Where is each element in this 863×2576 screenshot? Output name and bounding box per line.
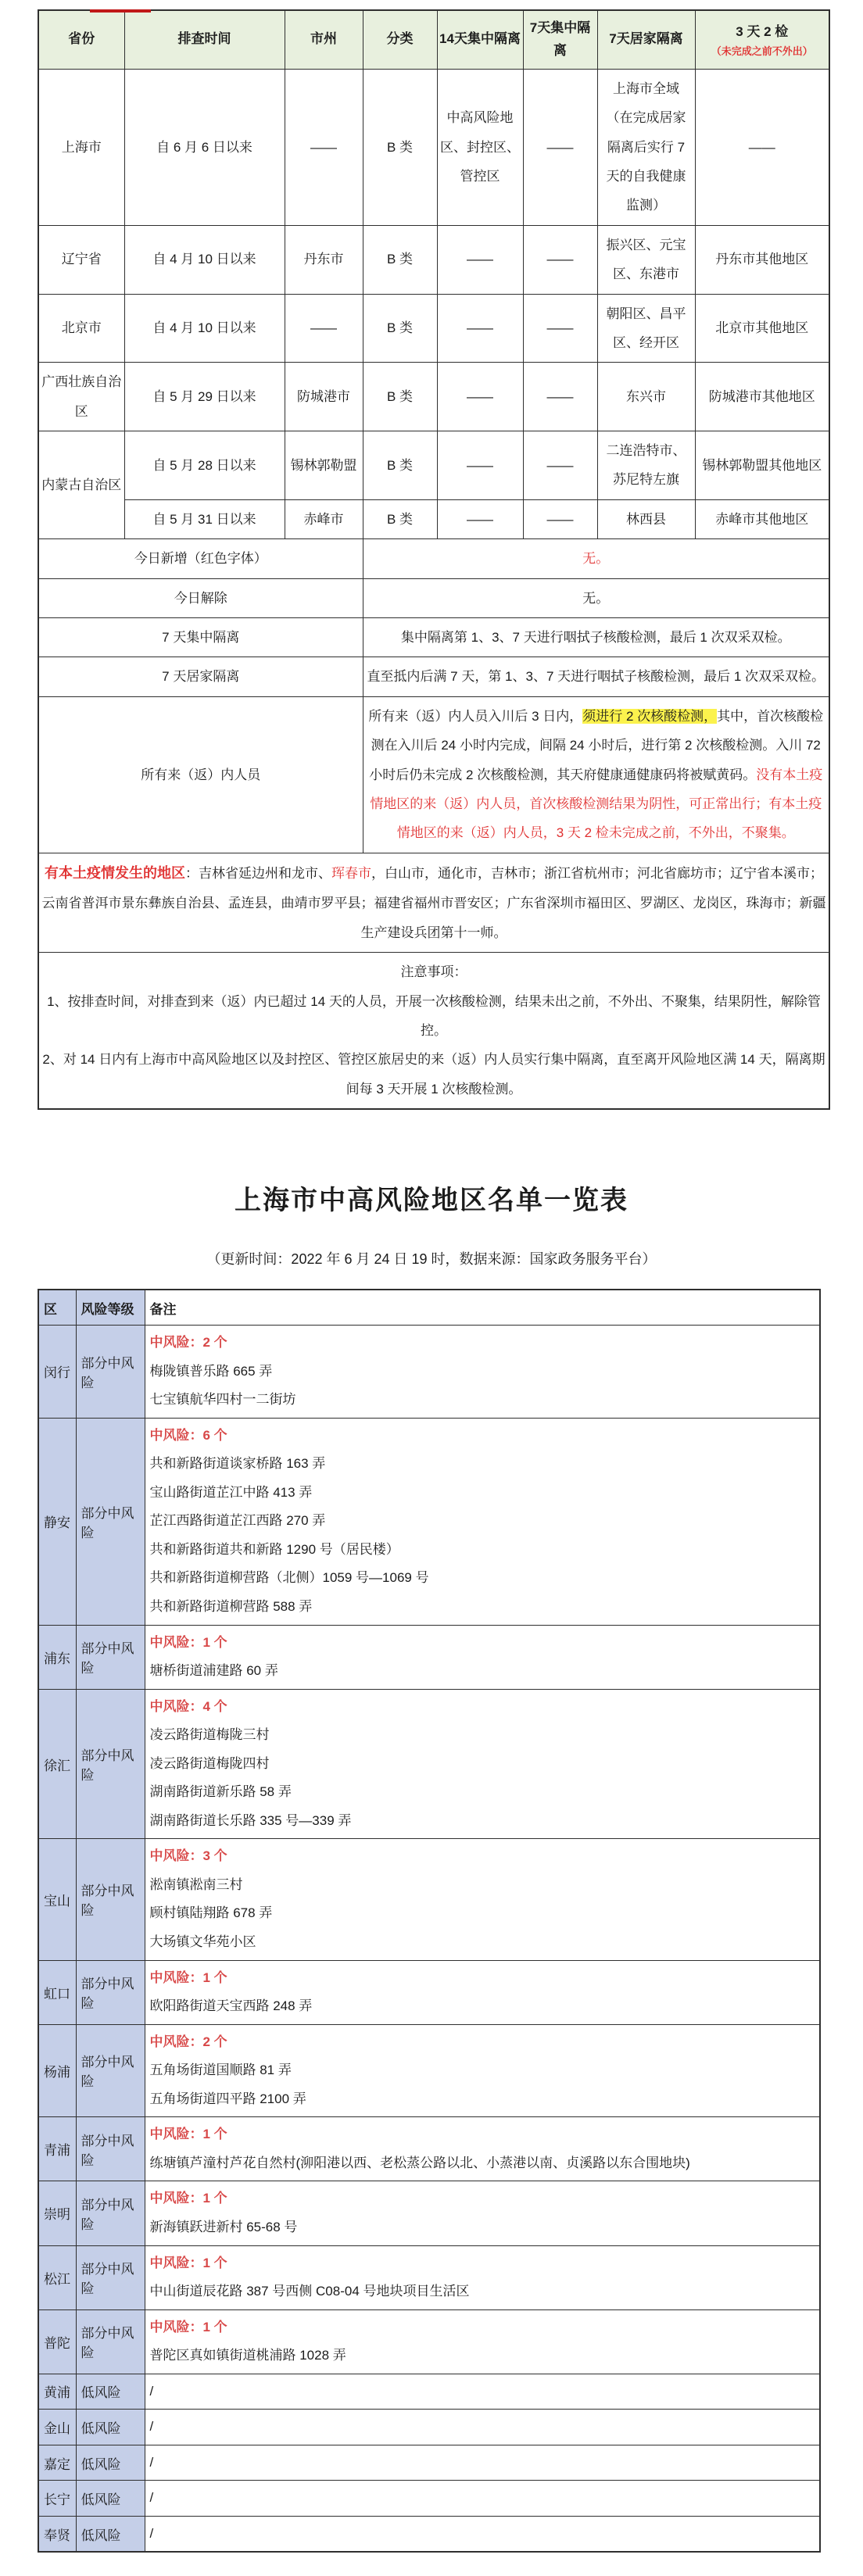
- cell-remark: /: [145, 2374, 820, 2410]
- risk-address: 中山街道辰花路 387 号西侧 C08-04 号地块项目生活区: [150, 2277, 815, 2306]
- cell-remark: /: [145, 2481, 820, 2517]
- outbreak-part1: 吉林省延边州和龙市、: [199, 866, 331, 881]
- risk-count: 中风险：1 个: [150, 2184, 815, 2213]
- cell-7d-home: 二连浩特市、苏尼特左旗: [597, 431, 695, 500]
- cell-7d-central: ——: [523, 499, 597, 538]
- info-label: 7 天集中隔离: [38, 618, 363, 657]
- risk-row-songjiang: 松江 部分中风险 中风险：1 个 中山街道辰花路 387 号西侧 C08-04 …: [38, 2245, 820, 2309]
- risk-address: 练塘镇芦潼村芦花自然村(泖阳港以西、老松蒸公路以北、小蒸港以南、贞溪路以东合围地…: [150, 2149, 815, 2178]
- col-header-7d-home: 7天居家隔离: [597, 10, 695, 69]
- outbreak-areas-row: 有本土疫情发生的地区：吉林省延边州和龙市、珲春市，白山市，通化市，吉林市；浙江省…: [38, 853, 829, 952]
- outbreak-label: 有本土疫情发生的地区: [45, 865, 185, 881]
- risk-address: 淞南镇淞南三村: [150, 1871, 815, 1900]
- cell-7d-central: ——: [523, 69, 597, 225]
- cell-category: B 类: [363, 499, 437, 538]
- risk-count: 中风险：1 个: [150, 1629, 815, 1658]
- cell-3d2t: 北京市其他地区: [695, 294, 829, 363]
- col-header-remark: 备注: [145, 1290, 820, 1326]
- cell-district: 普陀: [38, 2309, 76, 2374]
- policy-row-guangxi: 广西壮族自治区 自 5 月 29 日以来 防城港市 B 类 —— —— 东兴市 …: [38, 363, 829, 431]
- cell-7d-central: ——: [523, 294, 597, 363]
- cell-district: 黄浦: [38, 2374, 76, 2410]
- col-header-3d2t-title: 3 天 2 检: [697, 21, 828, 44]
- all-arrivals-text: 所有来（返）内人员入川后 3 日内，须进行 2 次核酸检测，其中，首次核酸检测在…: [363, 696, 829, 853]
- cell-risk-level: 低风险: [76, 2516, 145, 2552]
- col-header-3d2t-note: （未完成之前不外出）: [697, 44, 828, 59]
- info-value: 集中隔离第 1、3、7 天进行咽拭子核酸检测，最后 1 次双采双检。: [363, 618, 829, 657]
- info-row-released-today: 今日解除 无。: [38, 578, 829, 617]
- cell-remark: /: [145, 2516, 820, 2552]
- cell-14d-central: ——: [437, 499, 523, 538]
- risk-address: 宝山路街道芷江中路 413 弄: [150, 1479, 815, 1508]
- cell-province: 广西壮族自治区: [38, 363, 124, 431]
- cell-risk-level: 部分中风险: [76, 1418, 145, 1625]
- outbreak-areas-cell: 有本土疫情发生的地区：吉林省延边州和龙市、珲春市，白山市，通化市，吉林市；浙江省…: [38, 853, 829, 952]
- risk-address: 梅陇镇普乐路 665 弄: [150, 1358, 815, 1386]
- notes-title: 注意事项：: [41, 957, 826, 986]
- cell-remark: 中风险：6 个 共和新路街道谈家桥路 163 弄 宝山路街道芷江中路 413 弄…: [145, 1418, 820, 1625]
- cell-category: B 类: [363, 431, 437, 500]
- risk-row-minhang: 闵行 部分中风险 中风险：2 个 梅陇镇普乐路 665 弄 七宝镇航华四村一二街…: [38, 1326, 820, 1419]
- all-arrivals-row: 所有来（返）内人员 所有来（返）内人员入川后 3 日内，须进行 2 次核酸检测，…: [38, 696, 829, 853]
- cell-city: ——: [285, 69, 363, 225]
- cell-risk-level: 部分中风险: [76, 1326, 145, 1419]
- cell-city: 赤峰市: [285, 499, 363, 538]
- cell-district: 奉贤: [38, 2516, 76, 2552]
- cell-remark: 中风险：4 个 凌云路街道梅陇三村 凌云路街道梅陇四村 湖南路街道新乐路 58 …: [145, 1689, 820, 1839]
- col-header-category: 分类: [363, 10, 437, 69]
- policy-row-shanghai: 上海市 自 6 月 6 日以来 —— B 类 中高风险地区、封控区、管控区 ——…: [38, 69, 829, 225]
- new-today-value: 无。: [582, 551, 609, 566]
- risk-count: 中风险：1 个: [150, 1964, 815, 1993]
- cell-remark: 中风险：3 个 淞南镇淞南三村 顾村镇陆翔路 678 弄 大场镇文华苑小区: [145, 1839, 820, 1960]
- policy-row-liaoning: 辽宁省 自 4 月 10 日以来 丹东市 B 类 —— —— 振兴区、元宝区、东…: [38, 225, 829, 294]
- cell-category: B 类: [363, 294, 437, 363]
- risk-row-xuhui: 徐汇 部分中风险 中风险：4 个 凌云路街道梅陇三村 凌云路街道梅陇四村 湖南路…: [38, 1689, 820, 1839]
- info-value: 无。: [363, 539, 829, 578]
- cell-district: 松江: [38, 2245, 76, 2309]
- risk-address: 塘桥街道浦建路 60 弄: [150, 1657, 815, 1686]
- risk-address: 七宝镇航华四村一二街坊: [150, 1386, 815, 1415]
- cell-7d-home: 东兴市: [597, 363, 695, 431]
- cell-check-time: 自 5 月 28 日以来: [124, 431, 285, 500]
- col-header-city: 市州: [285, 10, 363, 69]
- cell-check-time: 自 4 月 10 日以来: [124, 294, 285, 363]
- cell-district: 崇明: [38, 2181, 76, 2245]
- risk-count: 中风险：2 个: [150, 1329, 815, 1358]
- policy-header-row: 省份 排查时间 市州 分类 14天集中隔离 7天集中隔离 7天居家隔离 3 天 …: [38, 10, 829, 69]
- col-header-district: 区: [38, 1290, 76, 1326]
- cell-province: 辽宁省: [38, 225, 124, 294]
- cell-7d-central: ——: [523, 431, 597, 500]
- risk-row-baoshan: 宝山 部分中风险 中风险：3 个 淞南镇淞南三村 顾村镇陆翔路 678 弄 大场…: [38, 1839, 820, 1960]
- risk-count: 中风险：2 个: [150, 2028, 815, 2057]
- cell-remark: 中风险：2 个 五角场街道国顺路 81 弄 五角场街道四平路 2100 弄: [145, 2024, 820, 2117]
- info-value: 直至抵内后满 7 天，第 1、3、7 天进行咽拭子核酸检测，最后 1 次双采双检…: [363, 657, 829, 696]
- cell-district: 长宁: [38, 2481, 76, 2517]
- cell-remark: 中风险：1 个 新海镇跃进新村 65-68 号: [145, 2181, 820, 2245]
- cell-province: 内蒙古自治区: [38, 431, 124, 539]
- info-row-7d-home: 7 天居家隔离 直至抵内后满 7 天，第 1、3、7 天进行咽拭子核酸检测，最后…: [38, 657, 829, 696]
- cell-district: 金山: [38, 2410, 76, 2445]
- notes-item-1: 1、按排查时间，对排查到来（返）内已超过 14 天的人员，开展一次核酸检测，结果…: [41, 987, 826, 1046]
- cell-risk-level: 部分中风险: [76, 2181, 145, 2245]
- cell-14d-central: ——: [437, 294, 523, 363]
- cell-7d-home: 振兴区、元宝区、东港市: [597, 225, 695, 294]
- cell-risk-level: 部分中风险: [76, 2245, 145, 2309]
- cell-remark: 中风险：2 个 梅陇镇普乐路 665 弄 七宝镇航华四村一二街坊: [145, 1326, 820, 1419]
- info-label: 7 天居家隔离: [38, 657, 363, 696]
- cell-7d-home: 上海市全域（在完成居家隔离后实行 7 天的自我健康监测）: [597, 69, 695, 225]
- cell-district: 嘉定: [38, 2445, 76, 2481]
- risk-row-chongming: 崇明 部分中风险 中风险：1 个 新海镇跃进新村 65-68 号: [38, 2181, 820, 2245]
- col-header-risk-level: 风险等级: [76, 1290, 145, 1326]
- risk-address: 新海镇跃进新村 65-68 号: [150, 2213, 815, 2242]
- cell-risk-level: 部分中风险: [76, 1839, 145, 1960]
- cell-check-time: 自 5 月 29 日以来: [124, 363, 285, 431]
- cell-14d-central: 中高风险地区、封控区、管控区: [437, 69, 523, 225]
- cell-district: 徐汇: [38, 1689, 76, 1839]
- cell-category: B 类: [363, 225, 437, 294]
- info-value: 无。: [363, 578, 829, 617]
- cell-3d2t: ——: [695, 69, 829, 225]
- cell-3d2t: 防城港市其他地区: [695, 363, 829, 431]
- cell-remark: 中风险：1 个 练塘镇芦潼村芦花自然村(泖阳港以西、老松蒸公路以北、小蒸港以南、…: [145, 2117, 820, 2181]
- col-header-14d-central: 14天集中隔离: [437, 10, 523, 69]
- arrivals-highlight: 须进行 2 次核酸检测，: [582, 709, 717, 724]
- cropped-red-text-artifact: [90, 9, 151, 13]
- risk-address: 普陀区真如镇街道桃浦路 1028 弄: [150, 2342, 815, 2370]
- cell-remark: 中风险：1 个 塘桥街道浦建路 60 弄: [145, 1625, 820, 1689]
- cell-check-time: 自 4 月 10 日以来: [124, 225, 285, 294]
- cell-check-time: 自 6 月 6 日以来: [124, 69, 285, 225]
- risk-address: 凌云路街道梅陇三村: [150, 1721, 815, 1750]
- info-label: 今日解除: [38, 578, 363, 617]
- cell-category: B 类: [363, 69, 437, 225]
- cell-risk-level: 低风险: [76, 2481, 145, 2517]
- policy-row-neimenggu-xilinguole: 内蒙古自治区 自 5 月 28 日以来 锡林郭勒盟 B 类 —— —— 二连浩特…: [38, 431, 829, 500]
- risk-address: 芷江西路街道芷江西路 270 弄: [150, 1507, 815, 1536]
- cell-risk-level: 部分中风险: [76, 2024, 145, 2117]
- risk-address: 共和新路街道共和新路 1290 号（居民楼）: [150, 1536, 815, 1565]
- cell-check-time: 自 5 月 31 日以来: [124, 499, 285, 538]
- risk-header-row: 区 风险等级 备注: [38, 1290, 820, 1326]
- cell-province: 上海市: [38, 69, 124, 225]
- cell-risk-level: 低风险: [76, 2410, 145, 2445]
- risk-address: 五角场街道国顺路 81 弄: [150, 2056, 815, 2085]
- cell-7d-home: 朝阳区、昌平区、经开区: [597, 294, 695, 363]
- cell-3d2t: 丹东市其他地区: [695, 225, 829, 294]
- risk-address: 湖南路街道长乐路 335 号—339 弄: [150, 1807, 815, 1836]
- cell-risk-level: 部分中风险: [76, 1625, 145, 1689]
- cell-district: 杨浦: [38, 2024, 76, 2117]
- risk-table: 区 风险等级 备注 闵行 部分中风险 中风险：2 个 梅陇镇普乐路 665 弄 …: [38, 1289, 821, 2553]
- cell-risk-level: 部分中风险: [76, 2309, 145, 2374]
- cell-7d-home: 林西县: [597, 499, 695, 538]
- risk-list-title: 上海市中高风险地区名单一览表: [0, 1179, 863, 1217]
- risk-count: 中风险：4 个: [150, 1693, 815, 1722]
- notes-item-2: 2、对 14 日内有上海市中高风险地区以及封控区、管控区旅居史的来（返）内人员实…: [41, 1045, 826, 1104]
- cell-14d-central: ——: [437, 431, 523, 500]
- risk-address: 湖南路街道新乐路 58 弄: [150, 1778, 815, 1807]
- risk-address: 凌云路街道梅陇四村: [150, 1750, 815, 1779]
- risk-list-subtitle: （更新时间：2022 年 6 月 24 日 19 时，数据来源：国家政务服务平台…: [0, 1248, 863, 1268]
- risk-address: 五角场街道四平路 2100 弄: [150, 2085, 815, 2114]
- risk-row-jinshan: 金山 低风险 /: [38, 2410, 820, 2445]
- risk-count: 中风险：3 个: [150, 1842, 815, 1871]
- risk-address: 共和新路街道柳营路（北侧）1059 号—1069 号: [150, 1564, 815, 1593]
- info-row-new-today: 今日新增（红色字体） 无。: [38, 539, 829, 578]
- cell-risk-level: 部分中风险: [76, 1960, 145, 2024]
- cell-remark: /: [145, 2445, 820, 2481]
- risk-row-yangpu: 杨浦 部分中风险 中风险：2 个 五角场街道国顺路 81 弄 五角场街道四平路 …: [38, 2024, 820, 2117]
- cell-7d-central: ——: [523, 225, 597, 294]
- cell-district: 宝山: [38, 1839, 76, 1960]
- cell-city: 丹东市: [285, 225, 363, 294]
- cell-district: 青浦: [38, 2117, 76, 2181]
- cell-3d2t: 赤峰市其他地区: [695, 499, 829, 538]
- notes-row: 注意事项： 1、按排查时间，对排查到来（返）内已超过 14 天的人员，开展一次核…: [38, 953, 829, 1109]
- risk-count: 中风险：1 个: [150, 2120, 815, 2149]
- risk-address: 大场镇文华苑小区: [150, 1928, 815, 1957]
- cell-7d-central: ——: [523, 363, 597, 431]
- policy-row-beijing: 北京市 自 4 月 10 日以来 —— B 类 —— —— 朝阳区、昌平区、经开…: [38, 294, 829, 363]
- cell-district: 闵行: [38, 1326, 76, 1419]
- arrivals-part1: 所有来（返）内人员入川后 3 日内，: [368, 709, 582, 724]
- info-row-7d-central: 7 天集中隔离 集中隔离第 1、3、7 天进行咽拭子核酸检测，最后 1 次双采双…: [38, 618, 829, 657]
- cell-city: 锡林郭勒盟: [285, 431, 363, 500]
- risk-row-qingpu: 青浦 部分中风险 中风险：1 个 练塘镇芦潼村芦花自然村(泖阳港以西、老松蒸公路…: [38, 2117, 820, 2181]
- col-header-3d2t: 3 天 2 检 （未完成之前不外出）: [695, 10, 829, 69]
- cell-14d-central: ——: [437, 363, 523, 431]
- cell-remark: 中风险：1 个 中山街道辰花路 387 号西侧 C08-04 号地块项目生活区: [145, 2245, 820, 2309]
- col-header-check-time: 排查时间: [124, 10, 285, 69]
- risk-row-jingan: 静安 部分中风险 中风险：6 个 共和新路街道谈家桥路 163 弄 宝山路街道芷…: [38, 1418, 820, 1625]
- cell-city: 防城港市: [285, 363, 363, 431]
- outbreak-colon: ：: [185, 866, 199, 881]
- risk-count: 中风险：1 个: [150, 2249, 815, 2278]
- outbreak-red-city: 珲春市: [331, 866, 371, 881]
- cell-risk-level: 部分中风险: [76, 1689, 145, 1839]
- risk-row-jiading: 嘉定 低风险 /: [38, 2445, 820, 2481]
- cell-category: B 类: [363, 363, 437, 431]
- risk-address: 欧阳路街道天宝西路 248 弄: [150, 1992, 815, 2021]
- cell-remark: 中风险：1 个 普陀区真如镇街道桃浦路 1028 弄: [145, 2309, 820, 2374]
- risk-row-pudong: 浦东 部分中风险 中风险：1 个 塘桥街道浦建路 60 弄: [38, 1625, 820, 1689]
- risk-row-fengxian: 奉贤 低风险 /: [38, 2516, 820, 2552]
- risk-count: 中风险：1 个: [150, 2313, 815, 2342]
- risk-count: 中风险：6 个: [150, 1422, 815, 1451]
- cell-district: 浦东: [38, 1625, 76, 1689]
- col-header-7d-central: 7天集中隔离: [523, 10, 597, 69]
- risk-address: 顾村镇陆翔路 678 弄: [150, 1899, 815, 1928]
- cell-remark: /: [145, 2410, 820, 2445]
- policy-row-neimenggu-chifeng: 自 5 月 31 日以来 赤峰市 B 类 —— —— 林西县 赤峰市其他地区: [38, 499, 829, 538]
- cell-risk-level: 低风险: [76, 2374, 145, 2410]
- risk-row-hongkou: 虹口 部分中风险 中风险：1 个 欧阳路街道天宝西路 248 弄: [38, 1960, 820, 2024]
- policy-table: 省份 排查时间 市州 分类 14天集中隔离 7天集中隔离 7天居家隔离 3 天 …: [38, 9, 830, 1110]
- risk-row-putuo: 普陀 部分中风险 中风险：1 个 普陀区真如镇街道桃浦路 1028 弄: [38, 2309, 820, 2374]
- cell-remark: 中风险：1 个 欧阳路街道天宝西路 248 弄: [145, 1960, 820, 2024]
- cell-city: ——: [285, 294, 363, 363]
- col-header-province: 省份: [38, 10, 124, 69]
- risk-row-huangpu: 黄浦 低风险 /: [38, 2374, 820, 2410]
- cell-3d2t: 锡林郭勒盟其他地区: [695, 431, 829, 500]
- cell-risk-level: 低风险: [76, 2445, 145, 2481]
- cell-risk-level: 部分中风险: [76, 2117, 145, 2181]
- risk-row-changning: 长宁 低风险 /: [38, 2481, 820, 2517]
- risk-address: 共和新路街道谈家桥路 163 弄: [150, 1450, 815, 1479]
- risk-address: 共和新路街道柳营路 588 弄: [150, 1593, 815, 1622]
- cell-district: 虹口: [38, 1960, 76, 2024]
- info-label: 今日新增（红色字体）: [38, 539, 363, 578]
- cell-14d-central: ——: [437, 225, 523, 294]
- all-arrivals-label: 所有来（返）内人员: [38, 696, 363, 853]
- notes-cell: 注意事项： 1、按排查时间，对排查到来（返）内已超过 14 天的人员，开展一次核…: [38, 953, 829, 1109]
- cell-district: 静安: [38, 1418, 76, 1625]
- cell-province: 北京市: [38, 294, 124, 363]
